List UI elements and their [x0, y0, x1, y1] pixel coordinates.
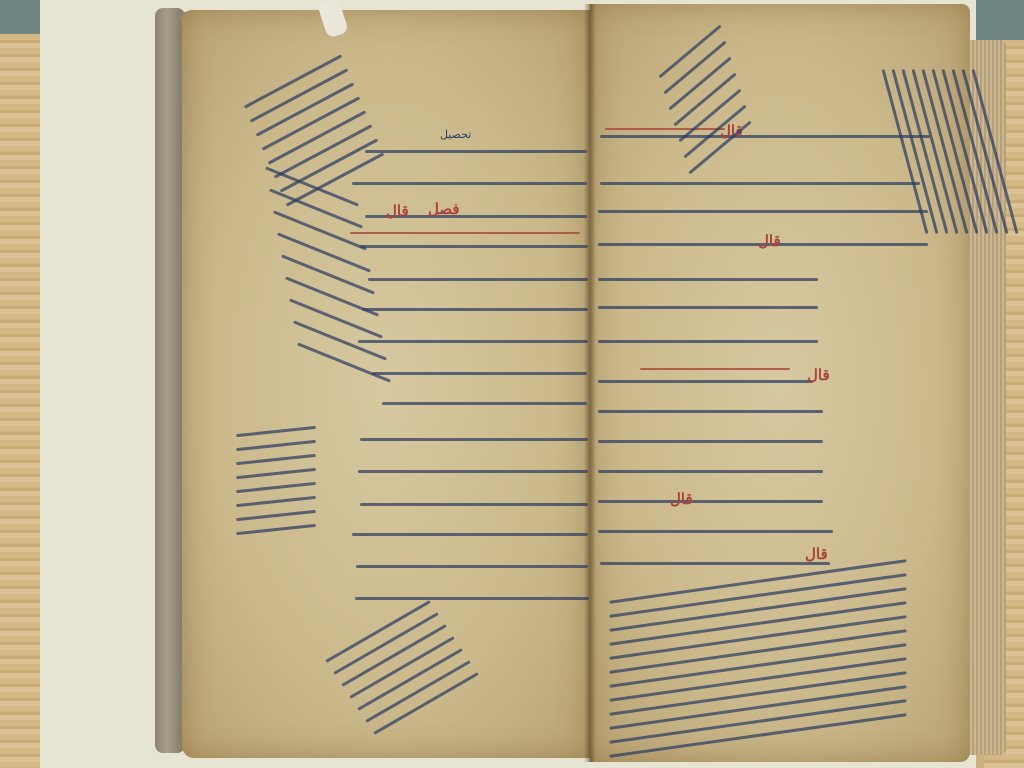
- text-line: [598, 440, 823, 443]
- text-line: [598, 470, 823, 473]
- text-line: [598, 306, 818, 309]
- text-line: [368, 278, 588, 281]
- rubric-word: قال: [758, 232, 781, 250]
- wood-surface-left: [0, 34, 40, 768]
- text-line: [598, 410, 823, 413]
- rubric-word: قال: [805, 545, 828, 563]
- background-corner: [976, 0, 1024, 40]
- text-line: [598, 380, 813, 383]
- text-line: [598, 340, 818, 343]
- text-line: [358, 470, 588, 473]
- text-line: [600, 135, 930, 138]
- book-gutter: [584, 4, 596, 762]
- text-line: [355, 597, 589, 600]
- rubric-word: قال: [807, 366, 830, 384]
- left-page: [182, 10, 590, 758]
- text-line: [372, 372, 587, 375]
- header-note: تحصيل: [440, 128, 471, 141]
- text-line: [598, 500, 823, 503]
- text-line: [598, 278, 818, 281]
- text-line: [365, 150, 587, 153]
- book-spine: [155, 8, 185, 753]
- text-line: [362, 308, 588, 311]
- text-line: [600, 562, 830, 565]
- text-line: [598, 530, 833, 533]
- text-line: [640, 368, 790, 370]
- text-line: [598, 210, 928, 213]
- rubric-word: فصل: [428, 200, 460, 218]
- text-line: [350, 232, 580, 234]
- rubric-word: قال: [670, 490, 693, 508]
- text-line: [360, 245, 588, 248]
- text-line: [382, 402, 587, 405]
- text-line: [352, 182, 587, 185]
- rubric-word: قال: [386, 202, 409, 220]
- text-line: [360, 503, 588, 506]
- text-line: [605, 128, 725, 130]
- text-line: [358, 340, 588, 343]
- text-line: [356, 565, 588, 568]
- text-line: [600, 182, 920, 185]
- text-line: [360, 438, 588, 441]
- background-corner: [0, 0, 40, 34]
- text-line: [352, 533, 588, 536]
